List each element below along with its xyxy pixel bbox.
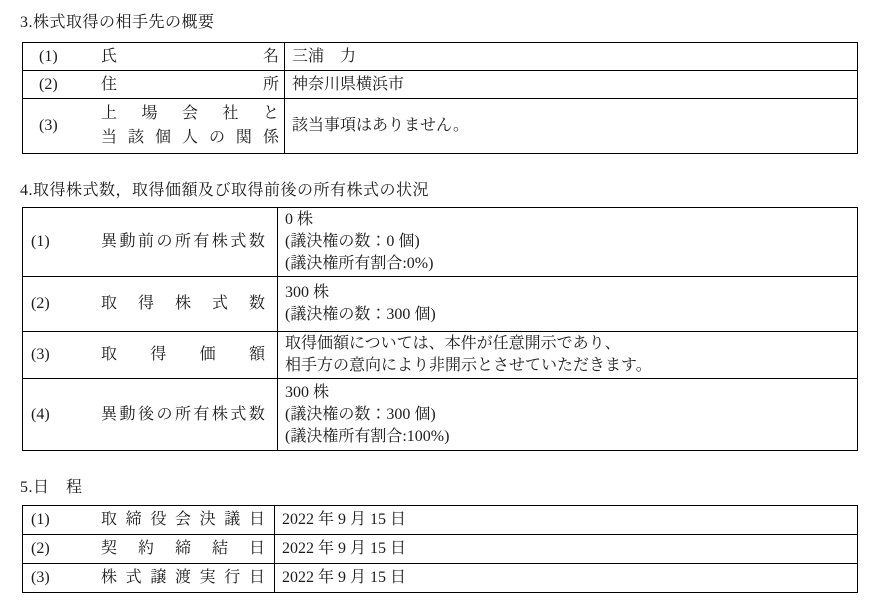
section-4: 4.取得株式数，取得価額及び取得前後の所有株式の状況 (1) 異動前の所有株式数… bbox=[20, 180, 877, 451]
table-row: (2) 取得株式数 300 株 (議決権の数：300 個) bbox=[23, 277, 858, 332]
row-number: (3) bbox=[23, 346, 93, 364]
row-value: 三浦 力 bbox=[285, 43, 858, 71]
row-label: 上場会社と当該個人の関係 bbox=[101, 102, 279, 150]
row-label: 契約締結日 bbox=[101, 537, 265, 561]
label-cell: (2) 住所 bbox=[23, 71, 285, 99]
label-cell-inner: (3) 株式譲渡実行日 bbox=[23, 566, 274, 590]
row-number: (2) bbox=[23, 295, 93, 313]
row-label: 取締役会決議日 bbox=[101, 508, 265, 532]
section-5-heading: 5.日 程 bbox=[20, 477, 877, 499]
label-cell-inner: (1) 氏名 bbox=[23, 45, 284, 69]
table-row: (2) 住所 神奈川県横浜市 bbox=[23, 71, 858, 99]
label-cell: (4) 異動後の所有株式数 bbox=[23, 379, 278, 451]
row-number: (1) bbox=[23, 233, 93, 251]
row-number: (2) bbox=[23, 76, 93, 94]
section-3-heading: 3.株式取得の相手先の概要 bbox=[20, 12, 877, 34]
table-row: (1) 取締役会決議日 2022 年 9 月 15 日 bbox=[23, 506, 858, 535]
label-cell: (1) 取締役会決議日 bbox=[23, 506, 275, 535]
label-cell: (3) 株式譲渡実行日 bbox=[23, 564, 275, 593]
row-label: 住所 bbox=[101, 73, 279, 97]
section-3: 3.株式取得の相手先の概要 (1) 氏名 三浦 力 (2) bbox=[20, 12, 877, 154]
label-cell-inner: (1) 取締役会決議日 bbox=[23, 508, 274, 532]
row-number: (2) bbox=[23, 540, 93, 558]
row-number: (3) bbox=[23, 117, 93, 135]
row-value: 2022 年 9 月 15 日 bbox=[275, 564, 858, 593]
section-5: 5.日 程 (1) 取締役会決議日 2022 年 9 月 15 日 bbox=[20, 477, 877, 593]
row-value: 神奈川県横浜市 bbox=[285, 71, 858, 99]
document-page: 3.株式取得の相手先の概要 (1) 氏名 三浦 力 (2) bbox=[0, 0, 877, 593]
label-cell: (2) 取得株式数 bbox=[23, 277, 278, 332]
counterparty-table: (1) 氏名 三浦 力 (2) 住所 神奈川県横浜市 bbox=[22, 42, 858, 154]
label-cell-inner: (3) 上場会社と当該個人の関係 bbox=[23, 102, 284, 150]
schedule-table: (1) 取締役会決議日 2022 年 9 月 15 日 (2) 契約締結日 20… bbox=[22, 505, 858, 593]
label-cell: (2) 契約締結日 bbox=[23, 535, 275, 564]
label-cell: (3) 取得価額 bbox=[23, 332, 278, 379]
row-label: 取得株式数 bbox=[101, 292, 265, 316]
row-label: 異動前の所有株式数 bbox=[101, 230, 265, 254]
label-cell-inner: (2) 住所 bbox=[23, 73, 284, 97]
row-label: 氏名 bbox=[101, 45, 279, 69]
table-row: (3) 株式譲渡実行日 2022 年 9 月 15 日 bbox=[23, 564, 858, 593]
label-cell-inner: (4) 異動後の所有株式数 bbox=[23, 403, 277, 427]
row-value: 2022 年 9 月 15 日 bbox=[275, 506, 858, 535]
table-row: (1) 氏名 三浦 力 bbox=[23, 43, 858, 71]
label-cell-inner: (2) 取得株式数 bbox=[23, 292, 277, 316]
table-row: (3) 取得価額 取得価額については、本件が任意開示であり、 相手方の意向により… bbox=[23, 332, 858, 379]
row-value: 300 株 (議決権の数：300 個) (議決権所有割合:100%) bbox=[278, 379, 858, 451]
row-label: 株式譲渡実行日 bbox=[101, 566, 265, 590]
row-value: 取得価額については、本件が任意開示であり、 相手方の意向により非開示とさせていた… bbox=[278, 332, 858, 379]
row-number: (3) bbox=[23, 569, 93, 587]
row-value: 0 株 (議決権の数：0 個) (議決権所有割合:0%) bbox=[278, 208, 858, 277]
label-cell-inner: (3) 取得価額 bbox=[23, 343, 277, 367]
row-number: (1) bbox=[23, 511, 93, 529]
row-value: 300 株 (議決権の数：300 個) bbox=[278, 277, 858, 332]
row-value: 該当事項はありません。 bbox=[285, 99, 858, 154]
label-cell: (1) 氏名 bbox=[23, 43, 285, 71]
section-4-heading: 4.取得株式数，取得価額及び取得前後の所有株式の状況 bbox=[20, 180, 877, 202]
label-cell: (3) 上場会社と当該個人の関係 bbox=[23, 99, 285, 154]
row-number: (1) bbox=[23, 48, 93, 66]
table-row: (1) 異動前の所有株式数 0 株 (議決権の数：0 個) (議決権所有割合:0… bbox=[23, 208, 858, 277]
shares-table: (1) 異動前の所有株式数 0 株 (議決権の数：0 個) (議決権所有割合:0… bbox=[22, 207, 858, 451]
table-row: (3) 上場会社と当該個人の関係 該当事項はありません。 bbox=[23, 99, 858, 154]
label-cell-inner: (2) 契約締結日 bbox=[23, 537, 274, 561]
label-cell-inner: (1) 異動前の所有株式数 bbox=[23, 230, 277, 254]
row-number: (4) bbox=[23, 406, 93, 424]
label-cell: (1) 異動前の所有株式数 bbox=[23, 208, 278, 277]
row-label: 異動後の所有株式数 bbox=[101, 403, 265, 427]
row-value: 2022 年 9 月 15 日 bbox=[275, 535, 858, 564]
table-row: (2) 契約締結日 2022 年 9 月 15 日 bbox=[23, 535, 858, 564]
row-label: 取得価額 bbox=[101, 343, 265, 367]
table-row: (4) 異動後の所有株式数 300 株 (議決権の数：300 個) (議決権所有… bbox=[23, 379, 858, 451]
